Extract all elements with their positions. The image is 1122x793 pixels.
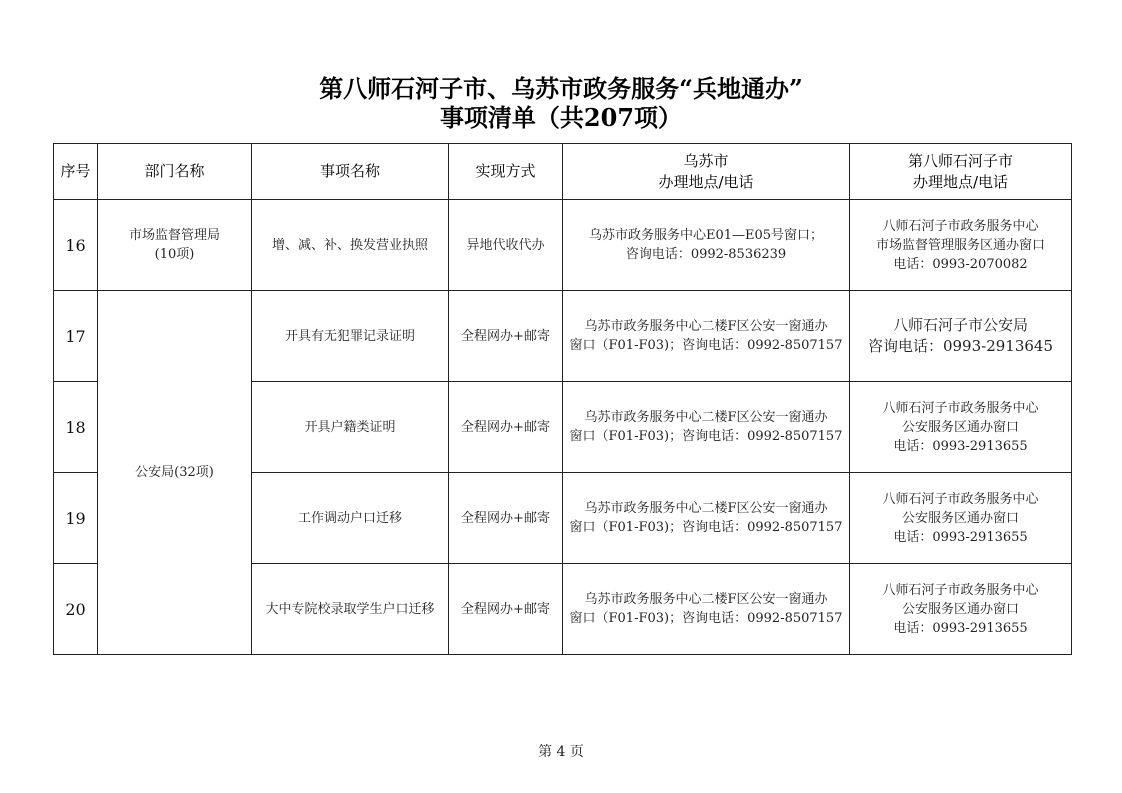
cell-seq: 16 [54, 200, 98, 291]
cell-seq: 17 [54, 291, 98, 382]
cell-seq: 19 [54, 473, 98, 564]
header-method: 实现方式 [449, 144, 563, 200]
cell-wusu-location: 乌苏市政务服务中心二楼F区公安一窗通办 窗口（F01-F03)；咨询电话：099… [563, 473, 850, 564]
table-row: 17 公安局(32项) 开具有无犯罪记录证明 全程网办+邮寄 乌苏市政务服务中心… [54, 291, 1072, 382]
cell-seq: 18 [54, 382, 98, 473]
cell-item: 开具有无犯罪记录证明 [252, 291, 449, 382]
cell-wusu-location: 乌苏市政务服务中心E01—E05号窗口； 咨询电话：0992-8536239 [563, 200, 850, 291]
header-wusu: 乌苏市 办理地点/电话 [563, 144, 850, 200]
document-subtitle: 事项清单（共207项） [0, 103, 1122, 133]
cell-dept: 公安局(32项) [98, 291, 252, 655]
table-row: 16 市场监督管理局 (10项) 增、减、补、换发营业执照 异地代收代办 乌苏市… [54, 200, 1072, 291]
cell-shihezi-location: 八师石河子市政务服务中心 市场监督管理服务区通办窗口 电话：0993-20700… [850, 200, 1072, 291]
cell-item: 增、减、补、换发营业执照 [252, 200, 449, 291]
cell-method: 全程网办+邮寄 [449, 473, 563, 564]
header-seq: 序号 [54, 144, 98, 200]
cell-wusu-location: 乌苏市政务服务中心二楼F区公安一窗通办 窗口（F01-F03)；咨询电话：099… [563, 564, 850, 655]
cell-shihezi-location: 八师石河子市公安局 咨询电话：0993-2913645 [850, 291, 1072, 382]
cell-dept: 市场监督管理局 (10项) [98, 200, 252, 291]
cell-method: 全程网办+邮寄 [449, 382, 563, 473]
cell-item: 开具户籍类证明 [252, 382, 449, 473]
header-dept: 部门名称 [98, 144, 252, 200]
cell-wusu-location: 乌苏市政务服务中心二楼F区公安一窗通办 窗口（F01-F03)；咨询电话：099… [563, 382, 850, 473]
cell-method: 全程网办+邮寄 [449, 291, 563, 382]
table-header-row: 序号 部门名称 事项名称 实现方式 乌苏市 办理地点/电话 第八师石河子市 办理… [54, 144, 1072, 200]
cell-wusu-location: 乌苏市政务服务中心二楼F区公安一窗通办 窗口（F01-F03)；咨询电话：099… [563, 291, 850, 382]
header-shihezi: 第八师石河子市 办理地点/电话 [850, 144, 1072, 200]
cell-shihezi-location: 八师石河子市政务服务中心 公安服务区通办窗口 电话：0993-2913655 [850, 473, 1072, 564]
service-items-table: 序号 部门名称 事项名称 实现方式 乌苏市 办理地点/电话 第八师石河子市 办理… [53, 143, 1072, 655]
cell-item: 大中专院校录取学生户口迁移 [252, 564, 449, 655]
cell-seq: 20 [54, 564, 98, 655]
page-number: 第 4 页 [0, 741, 1122, 761]
cell-item: 工作调动户口迁移 [252, 473, 449, 564]
header-item: 事项名称 [252, 144, 449, 200]
cell-method: 全程网办+邮寄 [449, 564, 563, 655]
cell-method: 异地代收代办 [449, 200, 563, 291]
cell-shihezi-location: 八师石河子市政务服务中心 公安服务区通办窗口 电话：0993-2913655 [850, 564, 1072, 655]
cell-shihezi-location: 八师石河子市政务服务中心 公安服务区通办窗口 电话：0993-2913655 [850, 382, 1072, 473]
document-title: 第八师石河子市、乌苏市政务服务“兵地通办” [0, 74, 1122, 104]
